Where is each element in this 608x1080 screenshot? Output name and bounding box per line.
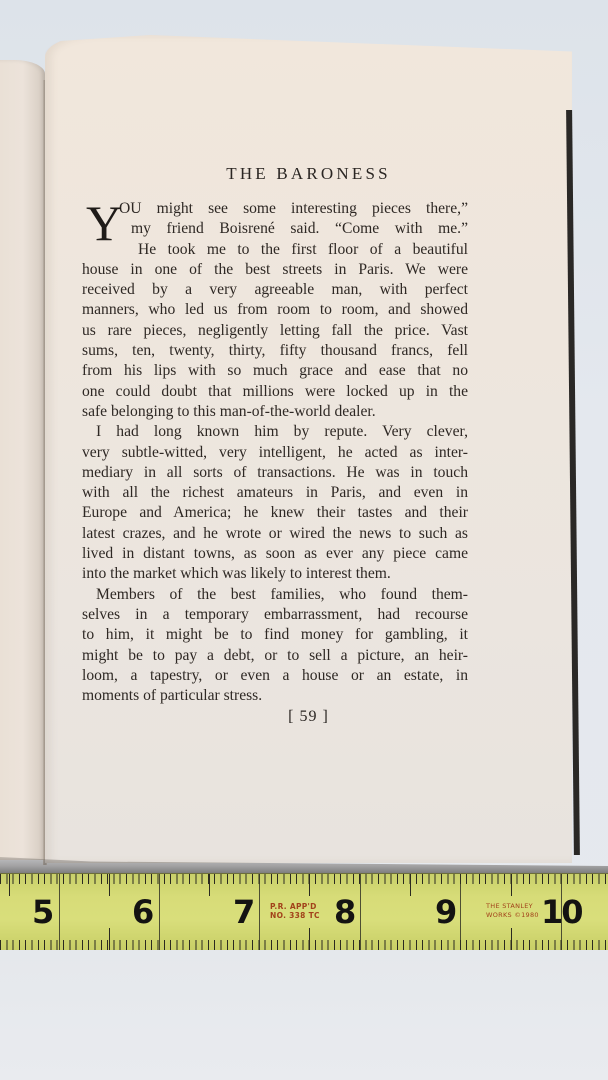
text-line: to him, it might be to find money for ga… (82, 625, 468, 645)
tape-imprint-left: P.R. APP'D NO. 338 TC (270, 902, 320, 920)
half-inch-mark (309, 928, 310, 950)
text-line: Europe and America; he knew their tastes… (82, 503, 468, 523)
half-inch-mark (209, 874, 210, 896)
tape-ticks-top (0, 874, 608, 884)
tape-imprint-right: THE STANLEY WORKS ©1980 (486, 902, 539, 920)
text-line: with all the richest amateurs in Paris, … (82, 483, 468, 503)
tape-measure: 5 6 7 8 9 10 P.R. APP'D NO. 338 TC THE S… (0, 873, 608, 952)
text-line: latest crazes, and he wrote or wired the… (82, 524, 468, 544)
text-line: might be to pay a debt, or to sell a pic… (82, 646, 468, 666)
half-inch-mark (309, 874, 310, 896)
text-line: selves in a temporary embarrassment, had… (82, 605, 468, 625)
half-inch-mark (9, 874, 10, 896)
half-inch-mark (410, 874, 411, 896)
inch-label: 7 (233, 894, 255, 930)
inch-label: 5 (32, 894, 54, 930)
facing-page (0, 60, 45, 860)
imprint-line: P.R. APP'D (270, 902, 320, 911)
text-line: Members of the best families, who found … (82, 585, 468, 605)
half-inch-mark (109, 928, 110, 950)
imprint-line: NO. 338 TC (270, 911, 320, 920)
inch-mark (59, 874, 60, 950)
inch-mark (460, 874, 461, 950)
running-head: THE BARONESS (45, 164, 572, 184)
inch-mark (159, 874, 160, 950)
half-inch-mark (511, 928, 512, 950)
inch-label: 10 (541, 894, 582, 930)
text-line: house in one of the best streets in Pari… (82, 260, 468, 280)
half-inch-mark (109, 874, 110, 896)
body-text: Y OU might see some interesting pieces t… (82, 199, 468, 706)
tape-ticks-bottom (0, 940, 608, 950)
text-line: sums, ten, twenty, thirty, fifty thousan… (82, 341, 468, 361)
text-line: OU might see some interesting pieces the… (82, 199, 468, 219)
paragraph-1: Y OU might see some interesting pieces t… (82, 199, 468, 422)
paragraph-3: Members of the best families, who found … (82, 585, 468, 707)
text-line: received by a very agreeable man, with p… (82, 280, 468, 300)
text-line: lived in distant towns, as soon as ever … (82, 544, 468, 564)
text-line: I had long known him by repute. Very cle… (82, 422, 468, 442)
drop-cap: Y (86, 203, 122, 243)
text-line: moments of particular stress. (82, 686, 468, 706)
inch-mark (360, 874, 361, 950)
text-line: one could doubt that millions were locke… (82, 382, 468, 402)
paragraph-2: I had long known him by repute. Very cle… (82, 422, 468, 584)
text-line: from his lips with so much grace and eas… (82, 361, 468, 381)
page-number: [ 59 ] (45, 708, 572, 726)
inch-label: 9 (435, 894, 457, 930)
table-surface (0, 950, 608, 1080)
text-line: into the market which was likely to inte… (82, 564, 468, 584)
text-line: very subtle-witted, very intelligent, he… (82, 443, 468, 463)
text-line: loom, a tapestry, or even a house or an … (82, 666, 468, 686)
inch-label: 6 (132, 894, 154, 930)
inch-label: 8 (334, 894, 356, 930)
text-line: He took me to the first floor of a beaut… (82, 240, 468, 260)
text-line: us rare pieces, negligently letting fall… (82, 321, 468, 341)
imprint-line: THE STANLEY (486, 902, 539, 911)
imprint-line: WORKS ©1980 (486, 911, 539, 920)
text-line: manners, who led us from room to room, a… (82, 300, 468, 320)
text-line: my friend Boisrené said. “Come with me.” (82, 219, 468, 239)
inch-mark (259, 874, 260, 950)
text-line: safe belonging to this man-of-the-world … (82, 402, 468, 422)
text-line: mediary in all sorts of transactions. He… (82, 463, 468, 483)
half-inch-mark (511, 874, 512, 896)
